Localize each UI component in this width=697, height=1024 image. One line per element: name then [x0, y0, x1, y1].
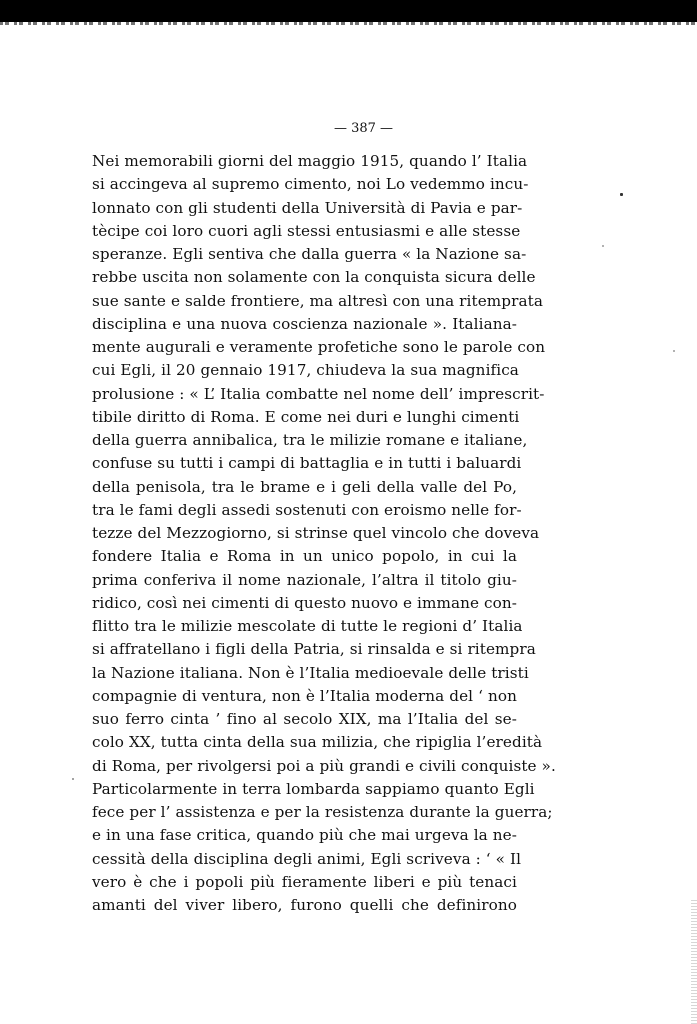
- text-line: ridico, così nei cimenti di questo nuovo…: [92, 592, 517, 615]
- text-line: amanti del viver libero, furono quelli c…: [92, 894, 517, 917]
- text-line: fece per l’ assistenza e per la resisten…: [92, 801, 517, 824]
- text-line: colo XX, tutta cinta della sua milizia, …: [92, 731, 517, 754]
- text-line: disciplina e una nuova coscienza naziona…: [92, 313, 517, 336]
- text-line: Particolarmente in terra lombarda sappia…: [92, 778, 517, 801]
- text-line: flitto tra le milizie mescolate di tutte…: [92, 615, 517, 638]
- scan-edge-noise: [691, 900, 697, 1024]
- text-line: speranze. Egli sentiva che dalla guerra …: [92, 243, 517, 266]
- scan-border-edge: [0, 22, 697, 25]
- text-line: sue sante e salde frontiere, ma altresì …: [92, 290, 517, 313]
- scan-top-border: [0, 0, 697, 22]
- text-line: si accingeva al supremo cimento, noi Lo …: [92, 173, 517, 196]
- text-line: suo ferro cinta ’ fino al secolo XIX, ma…: [92, 708, 517, 731]
- scan-speck: [72, 778, 74, 780]
- text-line: si affratellano i figli della Patria, si…: [92, 638, 517, 661]
- text-line: tècipe coi loro cuori agli stessi entusi…: [92, 220, 517, 243]
- scan-speck: [673, 350, 675, 352]
- text-line: cui Egli, il 20 gennaio 1917, chiudeva l…: [92, 359, 517, 382]
- text-line: prolusione : « L’ Italia combatte nel no…: [92, 383, 517, 406]
- text-line: Nei memorabili giorni del maggio 1915, q…: [92, 150, 517, 173]
- body-text: Nei memorabili giorni del maggio 1915, q…: [92, 150, 517, 917]
- text-line: compagnie di ventura, non è l’Italia mod…: [92, 685, 517, 708]
- text-line: tezze del Mezzogiorno, si strinse quel v…: [92, 522, 517, 545]
- text-line: vero è che i popoli più fieramente liber…: [92, 871, 517, 894]
- text-line: mente augurali e veramente profetiche so…: [92, 336, 517, 359]
- text-line: della guerra annibalica, tra le milizie …: [92, 429, 517, 452]
- text-line: cessità della disciplina degli animi, Eg…: [92, 848, 517, 871]
- text-line: la Nazione italiana. Non è l’Italia medi…: [92, 662, 517, 685]
- text-line: di Roma, per rivolgersi poi a più grandi…: [92, 755, 517, 778]
- text-line: tra le fami degli assedi sostenuti con e…: [92, 499, 517, 522]
- text-line: della penisola, tra le brame e i geli de…: [92, 476, 517, 499]
- text-line: tibile diritto di Roma. E come nei duri …: [92, 406, 517, 429]
- text-line: lonnato con gli studenti della Universit…: [92, 197, 517, 220]
- text-line: fondere Italia e Roma in un unico popolo…: [92, 545, 517, 568]
- text-line: rebbe uscita non solamente con la conqui…: [92, 266, 517, 289]
- text-line: prima conferiva il nome nazionale, l’alt…: [92, 569, 517, 592]
- text-line: confuse su tutti i campi di battaglia e …: [92, 452, 517, 475]
- page-number: — 387 —: [0, 121, 697, 136]
- scan-speck: [602, 245, 604, 247]
- text-line: e in una fase critica, quando più che ma…: [92, 824, 517, 847]
- scan-speck: [620, 193, 623, 196]
